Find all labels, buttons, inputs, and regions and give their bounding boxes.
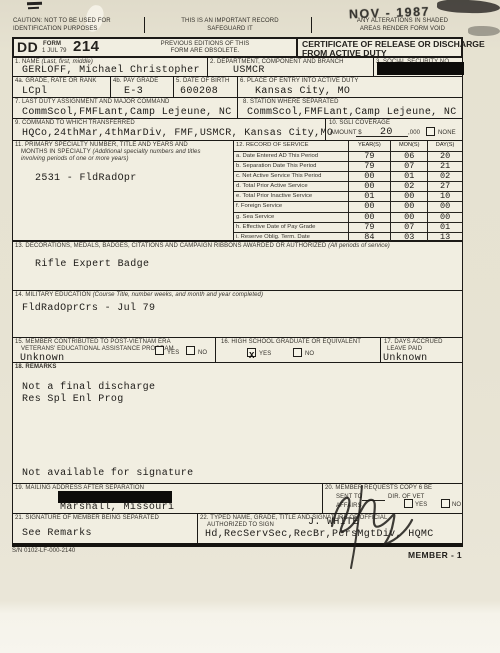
field-8-value: CommScol,FMFLant,Camp Lejeune, NC: [247, 107, 457, 118]
field-14-value: FldRadOprCrs - Jul 79: [22, 303, 155, 314]
sgli-amount-value: 20: [380, 127, 393, 138]
ros-title: 12. RECORD OF SERVICE: [234, 141, 348, 151]
form-dd-mark: DD: [17, 39, 38, 55]
record-of-service-table: 12. RECORD OF SERVICE YEAR(S) MON(S) DAY…: [233, 140, 463, 241]
remarks-line2: Res Spl Enl Prog: [22, 394, 124, 405]
highschool-yes-label: YES: [259, 351, 271, 358]
ros-row-b: b. Separation Date This Period 79 07 21: [234, 161, 462, 171]
field-19-value: Marshall, Missouri: [60, 502, 174, 513]
field-17-label-line1: 17. DAYS ACCRUED: [384, 339, 443, 346]
field-11-value: 2531 - FldRadOpr: [35, 173, 137, 184]
vet-program-yes-label: YES: [167, 350, 179, 357]
vet-program-no-checkbox: [186, 346, 195, 355]
field-4a-value: LCpl: [22, 86, 47, 97]
sgli-none-label: NONE: [438, 130, 456, 137]
ssn-redaction-box: [377, 62, 464, 75]
highschool-no-label: NO: [305, 351, 314, 358]
field-9-value: HQCo,24thMar,4thMarDiv, FMF,USMCR, Kansa…: [22, 128, 333, 139]
field-4a-label: 4a. GRADE, RATE OR RANK: [15, 78, 97, 85]
ros-row-h: h. Effective Date of Pay Grade 79 07 01: [234, 222, 462, 232]
ros-row-c: c. Net Active Service This Period 00 01 …: [234, 171, 462, 181]
ros-col-mon: MON(S): [390, 141, 427, 151]
highschool-yes-mark: X: [249, 351, 254, 361]
field-15-label-line1: 15. MEMBER CONTRIBUTED TO POST-VIETNAM E…: [15, 339, 171, 346]
form-edition-date: 1 JUL 79: [42, 48, 67, 55]
obsolete-note-line2: FORM ARE OBSOLETE.: [120, 48, 290, 55]
sgli-amount-suffix: ,000: [408, 130, 420, 137]
important-record-line2: SAFEGUARD IT: [155, 26, 305, 33]
field-6-value: Kansas City, MO: [255, 86, 350, 97]
ros-row-a: a. Date Entered AD This Period 79 06 20: [234, 151, 462, 161]
sgli-none-checkbox: [426, 127, 435, 136]
remarks-line3: Not available for signature: [22, 468, 193, 479]
field-6-label: 6. PLACE OF ENTRY INTO ACTIVE DUTY: [240, 78, 358, 85]
footer-copy-label: MEMBER - 1: [408, 550, 462, 560]
field-11-label-line3: involving periods of one or more years): [21, 156, 129, 163]
important-record-line1: THIS IS AN IMPORTANT RECORD: [155, 18, 305, 25]
field-22-label-line2: AUTHORIZED TO SIGN: [207, 522, 274, 529]
caution-text-line2: IDENTIFICATION PURPOSES: [13, 26, 98, 33]
field-2-value: USMCR: [233, 65, 265, 76]
field-13-value: Rifle Expert Badge: [35, 259, 149, 270]
dd214-scanned-document: NOV - 1987 CAUTION: NOT TO BE USED FOR I…: [0, 0, 500, 653]
caution-divider-1: [144, 17, 145, 33]
field-7-value: CommScol,FMFLant,Camp Lejeune, NC: [22, 107, 232, 118]
scan-mark-top-dash: [27, 2, 42, 5]
caution-divider-2: [311, 17, 312, 33]
field-17-label-line2: LEAVE PAID: [387, 346, 422, 353]
vet-program-yes-checkbox: [155, 346, 164, 355]
scan-mark-top-dash2: [28, 7, 39, 10]
scan-smudge-right: [468, 26, 500, 36]
obsolete-note-line1: PREVIOUS EDITIONS OF THIS: [120, 41, 290, 48]
field-8-label: 8. STATION WHERE SEPARATED: [243, 99, 339, 106]
highschool-no-checkbox: [293, 348, 302, 357]
field-15-label-line2: VETERANS' EDUCATIONAL ASSISTANCE PROGRAM: [21, 346, 174, 353]
alterations-warning-line1: ANY ALTERATIONS IN SHADED: [340, 18, 465, 25]
field-5-label: 5. DATE OF BIRTH: [176, 78, 229, 85]
field-18-remarks-box: [12, 362, 463, 484]
alterations-warning-line2: AREAS RENDER FORM VOID: [340, 26, 465, 33]
field-10-label: 10. SGLI COVERAGE: [329, 120, 390, 127]
ros-row-g: g. Sea Service 00 00 00: [234, 212, 462, 222]
field-7-label: 7. LAST DUTY ASSIGNMENT AND MAJOR COMMAN…: [15, 99, 169, 106]
field-16-label: 16. HIGH SCHOOL GRADUATE OR EQUIVALENT: [221, 339, 361, 346]
copy6-no-checkbox: [441, 499, 450, 508]
field-21-value: See Remarks: [22, 528, 92, 539]
field-2-label: 2. DEPARTMENT, COMPONENT AND BRANCH: [210, 59, 344, 66]
field-4b-label: 4b. PAY GRADE: [113, 78, 158, 85]
field-5-value: 600208: [180, 86, 218, 97]
ros-row-e: e. Total Prior Inactive Service 01 00 10: [234, 191, 462, 201]
form-number: 214: [73, 38, 100, 55]
field-11-label-line2: MONTHS IN SPECIALTY (Additional specialt…: [21, 149, 201, 156]
scan-smudge-top-right: [437, 0, 500, 14]
field-14-label: 14. MILITARY EDUCATION (Course Title, nu…: [15, 292, 263, 299]
vet-program-no-label: NO: [198, 350, 207, 357]
ros-row-f: f. Foreign Service 00 00 00: [234, 201, 462, 211]
ros-col-year: YEAR(S): [348, 141, 391, 151]
field-13-label: 13. DECORATIONS, MEDALS, BADGES, CITATIO…: [15, 243, 390, 250]
field-1-value: GERLOFF, Michael Christopher: [22, 65, 200, 76]
field-4b-value: E-3: [124, 86, 143, 97]
title-bar-divider: [296, 38, 298, 57]
form-word-label: FORM: [43, 41, 61, 48]
field-9-label: 9. COMMAND TO WHICH TRANSFERRED: [15, 120, 135, 127]
caution-text-line1: CAUTION: NOT TO BE USED FOR: [13, 18, 111, 25]
copy6-no-label: NO: [452, 502, 461, 509]
ros-col-day: DAY(S): [427, 141, 462, 151]
footer-stock-number: S/N 0102-LF-000-2140: [12, 548, 75, 555]
remarks-line1: Not a final discharge: [22, 382, 155, 393]
field-11-label-line1: 11. PRIMARY SPECIALTY NUMBER, TITLE AND …: [15, 142, 188, 149]
field-21-label: 21. SIGNATURE OF MEMBER BEING SEPARATED: [15, 515, 159, 522]
ros-row-d: d. Total Prior Active Service 00 02 27: [234, 181, 462, 191]
field-18-label: 18. REMARKS: [15, 364, 56, 371]
